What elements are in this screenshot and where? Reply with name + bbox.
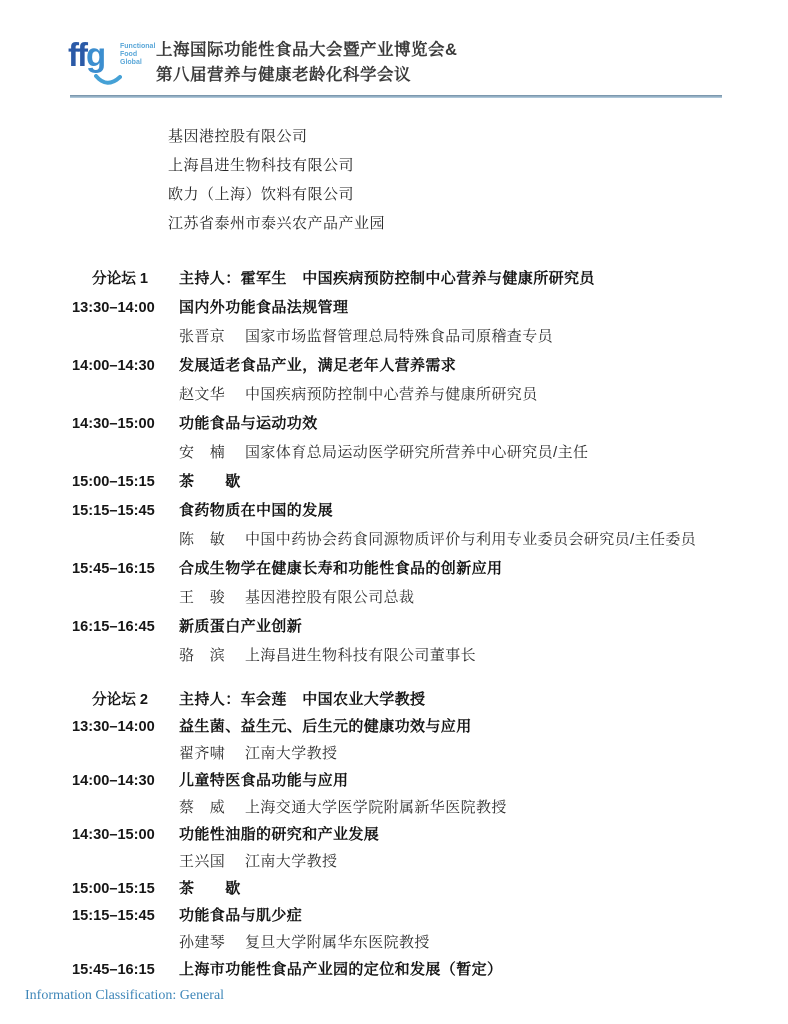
session-title-row: 15:45–16:15 合成生物学在健康长寿和功能性食品的创新应用 — [72, 554, 732, 583]
session-item: 15:00–15:15 茶 歇 — [72, 467, 732, 496]
ffg-logo: ffg Functional Food Global — [68, 38, 154, 94]
forum-host: 主持人：霍军生 中国疾病预防控制中心营养与健康所研究员 — [168, 264, 595, 293]
session-time: 14:00–14:30 — [72, 768, 168, 795]
company-item: 江苏省泰州市泰兴农产品产业园 — [168, 209, 732, 238]
session-title-row: 15:00–15:15 茶 歇 — [72, 467, 732, 496]
session-item: 13:30–14:00 国内外功能食品法规管理 张晋京国家市场监督管理总局特殊食… — [72, 293, 732, 351]
session-title: 茶 歇 — [168, 467, 241, 496]
conference-title-line1: 上海国际功能性食品大会暨产业博览会& — [156, 38, 722, 63]
speaker-line: 翟齐啸江南大学教授 — [168, 740, 337, 767]
session-time: 15:15–15:45 — [72, 903, 168, 930]
logo-tagline-line2: Food — [120, 51, 137, 58]
session-title: 儿童特医食品功能与应用 — [168, 767, 348, 794]
session-item: 13:30–14:00 益生菌、益生元、后生元的健康功效与应用 翟齐啸江南大学教… — [72, 713, 732, 767]
forum-header-row: 分论坛 1 主持人：霍军生 中国疾病预防控制中心营养与健康所研究员 — [72, 264, 732, 293]
speaker-affiliation: 中国中药协会药食同源物质评价与利用专业委员会研究员/主任委员 — [245, 531, 696, 548]
session-title-row: 14:00–14:30 发展适老食品产业，满足老年人营养需求 — [72, 351, 732, 380]
forum-sessions: 13:30–14:00 国内外功能食品法规管理 张晋京国家市场监督管理总局特殊食… — [72, 293, 732, 670]
forums: 分论坛 1 主持人：霍军生 中国疾病预防控制中心营养与健康所研究员 13:30–… — [72, 264, 732, 983]
speaker-affiliation: 上海交通大学医学院附属新华医院教授 — [245, 799, 507, 816]
speaker-affiliation: 基因港控股有限公司总裁 — [245, 589, 414, 606]
speaker-name: 王兴国 — [179, 848, 231, 875]
speaker-row: 安 楠国家体育总局运动医学研究所营养中心研究员/主任 — [72, 438, 732, 467]
speaker-name: 陈 敏 — [179, 525, 231, 554]
speaker-line: 骆 滨上海昌进生物科技有限公司董事长 — [168, 641, 476, 670]
session-title-row: 14:30–15:00 功能性油脂的研究和产业发展 — [72, 821, 732, 848]
conference-title-line2: 第八届营养与健康老龄化科学会议 — [156, 63, 722, 88]
forum-label: 分论坛 1 — [72, 265, 168, 294]
session-title: 合成生物学在健康长寿和功能性食品的创新应用 — [168, 554, 502, 583]
speaker-affiliation: 上海昌进生物科技有限公司董事长 — [245, 647, 476, 664]
speaker-row: 陈 敏中国中药协会药食同源物质评价与利用专业委员会研究员/主任委员 — [72, 525, 732, 554]
company-item: 欧力（上海）饮料有限公司 — [168, 180, 732, 209]
speaker-row: 张晋京国家市场监督管理总局特殊食品司原稽查专员 — [72, 322, 732, 351]
session-title: 国内外功能食品法规管理 — [168, 293, 348, 322]
speaker-affiliation: 中国疾病预防控制中心营养与健康所研究员 — [245, 386, 538, 403]
company-list: 基因港控股有限公司 上海昌进生物科技有限公司 欧力（上海）饮料有限公司 江苏省泰… — [168, 112, 732, 238]
session-title-row: 15:15–15:45 功能食品与肌少症 — [72, 902, 732, 929]
session-title: 功能食品与运动功效 — [168, 409, 318, 438]
session-title: 新质蛋白产业创新 — [168, 612, 302, 641]
session-time: 14:00–14:30 — [72, 352, 168, 381]
session-title: 上海市功能性食品产业园的定位和发展（暂定） — [168, 956, 502, 983]
session-item: 15:15–15:45 功能食品与肌少症 孙建琴复旦大学附属华东医院教授 — [72, 902, 732, 956]
logo-tagline-line1: Functional — [120, 43, 155, 50]
header-divider — [70, 95, 722, 98]
session-title: 功能性油脂的研究和产业发展 — [168, 821, 379, 848]
ffg-logo-g: g — [86, 36, 104, 73]
forum-block: 分论坛 1 主持人：霍军生 中国疾病预防控制中心营养与健康所研究员 13:30–… — [72, 264, 732, 670]
session-time: 15:45–16:15 — [72, 555, 168, 584]
speaker-affiliation: 国家市场监督管理总局特殊食品司原稽查专员 — [245, 328, 553, 345]
session-title-row: 14:00–14:30 儿童特医食品功能与应用 — [72, 767, 732, 794]
document-page: ffg Functional Food Global 上海国际功能性食品大会暨产… — [0, 0, 788, 1024]
speaker-affiliation: 江南大学教授 — [245, 853, 337, 870]
logo-tagline: Functional Food Global — [120, 43, 155, 67]
session-time: 14:30–15:00 — [72, 822, 168, 849]
speaker-affiliation: 江南大学教授 — [245, 745, 337, 762]
session-time: 13:30–14:00 — [72, 714, 168, 741]
session-title: 发展适老食品产业，满足老年人营养需求 — [168, 351, 456, 380]
speaker-line: 张晋京国家市场监督管理总局特殊食品司原稽查专员 — [168, 322, 553, 351]
agenda-content: 基因港控股有限公司 上海昌进生物科技有限公司 欧力（上海）饮料有限公司 江苏省泰… — [72, 112, 732, 983]
speaker-line: 王兴国江南大学教授 — [168, 848, 337, 875]
page-header: ffg Functional Food Global 上海国际功能性食品大会暨产… — [68, 36, 722, 94]
session-item: 14:30–15:00 功能性油脂的研究和产业发展 王兴国江南大学教授 — [72, 821, 732, 875]
speaker-name: 安 楠 — [179, 438, 231, 467]
speaker-name: 赵文华 — [179, 380, 231, 409]
conference-title: 上海国际功能性食品大会暨产业博览会& 第八届营养与健康老龄化科学会议 — [156, 36, 722, 88]
forum-label: 分论坛 2 — [72, 687, 168, 714]
session-time: 15:00–15:15 — [72, 876, 168, 903]
session-title-row: 13:30–14:00 益生菌、益生元、后生元的健康功效与应用 — [72, 713, 732, 740]
speaker-name: 蔡 威 — [179, 794, 231, 821]
speaker-line: 陈 敏中国中药协会药食同源物质评价与利用专业委员会研究员/主任委员 — [168, 525, 696, 554]
speaker-row: 赵文华中国疾病预防控制中心营养与健康所研究员 — [72, 380, 732, 409]
session-title: 食药物质在中国的发展 — [168, 496, 333, 525]
session-item: 15:45–16:15 上海市功能性食品产业园的定位和发展（暂定） — [72, 956, 732, 983]
session-item: 16:15–16:45 新质蛋白产业创新 骆 滨上海昌进生物科技有限公司董事长 — [72, 612, 732, 670]
session-time: 15:00–15:15 — [72, 468, 168, 497]
session-title-row: 13:30–14:00 国内外功能食品法规管理 — [72, 293, 732, 322]
session-item: 15:15–15:45 食药物质在中国的发展 陈 敏中国中药协会药食同源物质评价… — [72, 496, 732, 554]
speaker-name: 骆 滨 — [179, 641, 231, 670]
speaker-row: 孙建琴复旦大学附属华东医院教授 — [72, 929, 732, 956]
ffg-logo-ff: ff — [68, 36, 86, 73]
session-time: 13:30–14:00 — [72, 294, 168, 323]
speaker-line: 安 楠国家体育总局运动医学研究所营养中心研究员/主任 — [168, 438, 588, 467]
speaker-line: 赵文华中国疾病预防控制中心营养与健康所研究员 — [168, 380, 538, 409]
logo-tagline-line3: Global — [120, 59, 142, 66]
forum-block: 分论坛 2 主持人：车会莲 中国农业大学教授 13:30–14:00 益生菌、益… — [72, 686, 732, 983]
session-item: 15:00–15:15 茶 歇 — [72, 875, 732, 902]
ffg-logo-text: ffg — [68, 36, 104, 73]
logo-swoosh-icon — [94, 74, 122, 92]
session-title-row: 15:15–15:45 食药物质在中国的发展 — [72, 496, 732, 525]
speaker-affiliation: 复旦大学附属华东医院教授 — [245, 934, 430, 951]
session-title-row: 15:45–16:15 上海市功能性食品产业园的定位和发展（暂定） — [72, 956, 732, 983]
session-title: 益生菌、益生元、后生元的健康功效与应用 — [168, 713, 472, 740]
session-item: 14:00–14:30 发展适老食品产业，满足老年人营养需求 赵文华中国疾病预防… — [72, 351, 732, 409]
session-item: 15:45–16:15 合成生物学在健康长寿和功能性食品的创新应用 王 骏基因港… — [72, 554, 732, 612]
speaker-name: 孙建琴 — [179, 929, 231, 956]
classification-footer: Information Classification: General — [25, 988, 224, 1004]
speaker-row: 蔡 威上海交通大学医学院附属新华医院教授 — [72, 794, 732, 821]
session-time: 15:15–15:45 — [72, 497, 168, 526]
forum-header-row: 分论坛 2 主持人：车会莲 中国农业大学教授 — [72, 686, 732, 713]
forum-host: 主持人：车会莲 中国农业大学教授 — [168, 686, 425, 713]
speaker-row: 翟齐啸江南大学教授 — [72, 740, 732, 767]
session-time: 15:45–16:15 — [72, 957, 168, 984]
speaker-row: 骆 滨上海昌进生物科技有限公司董事长 — [72, 641, 732, 670]
session-title: 茶 歇 — [168, 875, 241, 902]
session-time: 14:30–15:00 — [72, 410, 168, 439]
speaker-name: 张晋京 — [179, 322, 231, 351]
speaker-row: 王 骏基因港控股有限公司总裁 — [72, 583, 732, 612]
speaker-row: 王兴国江南大学教授 — [72, 848, 732, 875]
forum-sessions: 13:30–14:00 益生菌、益生元、后生元的健康功效与应用 翟齐啸江南大学教… — [72, 713, 732, 983]
speaker-affiliation: 国家体育总局运动医学研究所营养中心研究员/主任 — [245, 444, 588, 461]
session-title-row: 16:15–16:45 新质蛋白产业创新 — [72, 612, 732, 641]
speaker-line: 蔡 威上海交通大学医学院附属新华医院教授 — [168, 794, 507, 821]
company-item: 上海昌进生物科技有限公司 — [168, 151, 732, 180]
speaker-name: 王 骏 — [179, 583, 231, 612]
speaker-line: 王 骏基因港控股有限公司总裁 — [168, 583, 414, 612]
speaker-line: 孙建琴复旦大学附属华东医院教授 — [168, 929, 430, 956]
session-item: 14:00–14:30 儿童特医食品功能与应用 蔡 威上海交通大学医学院附属新华… — [72, 767, 732, 821]
session-title-row: 15:00–15:15 茶 歇 — [72, 875, 732, 902]
session-time: 16:15–16:45 — [72, 613, 168, 642]
company-item: 基因港控股有限公司 — [168, 122, 732, 151]
speaker-name: 翟齐啸 — [179, 740, 231, 767]
session-title-row: 14:30–15:00 功能食品与运动功效 — [72, 409, 732, 438]
session-item: 14:30–15:00 功能食品与运动功效 安 楠国家体育总局运动医学研究所营养… — [72, 409, 732, 467]
session-title: 功能食品与肌少症 — [168, 902, 302, 929]
